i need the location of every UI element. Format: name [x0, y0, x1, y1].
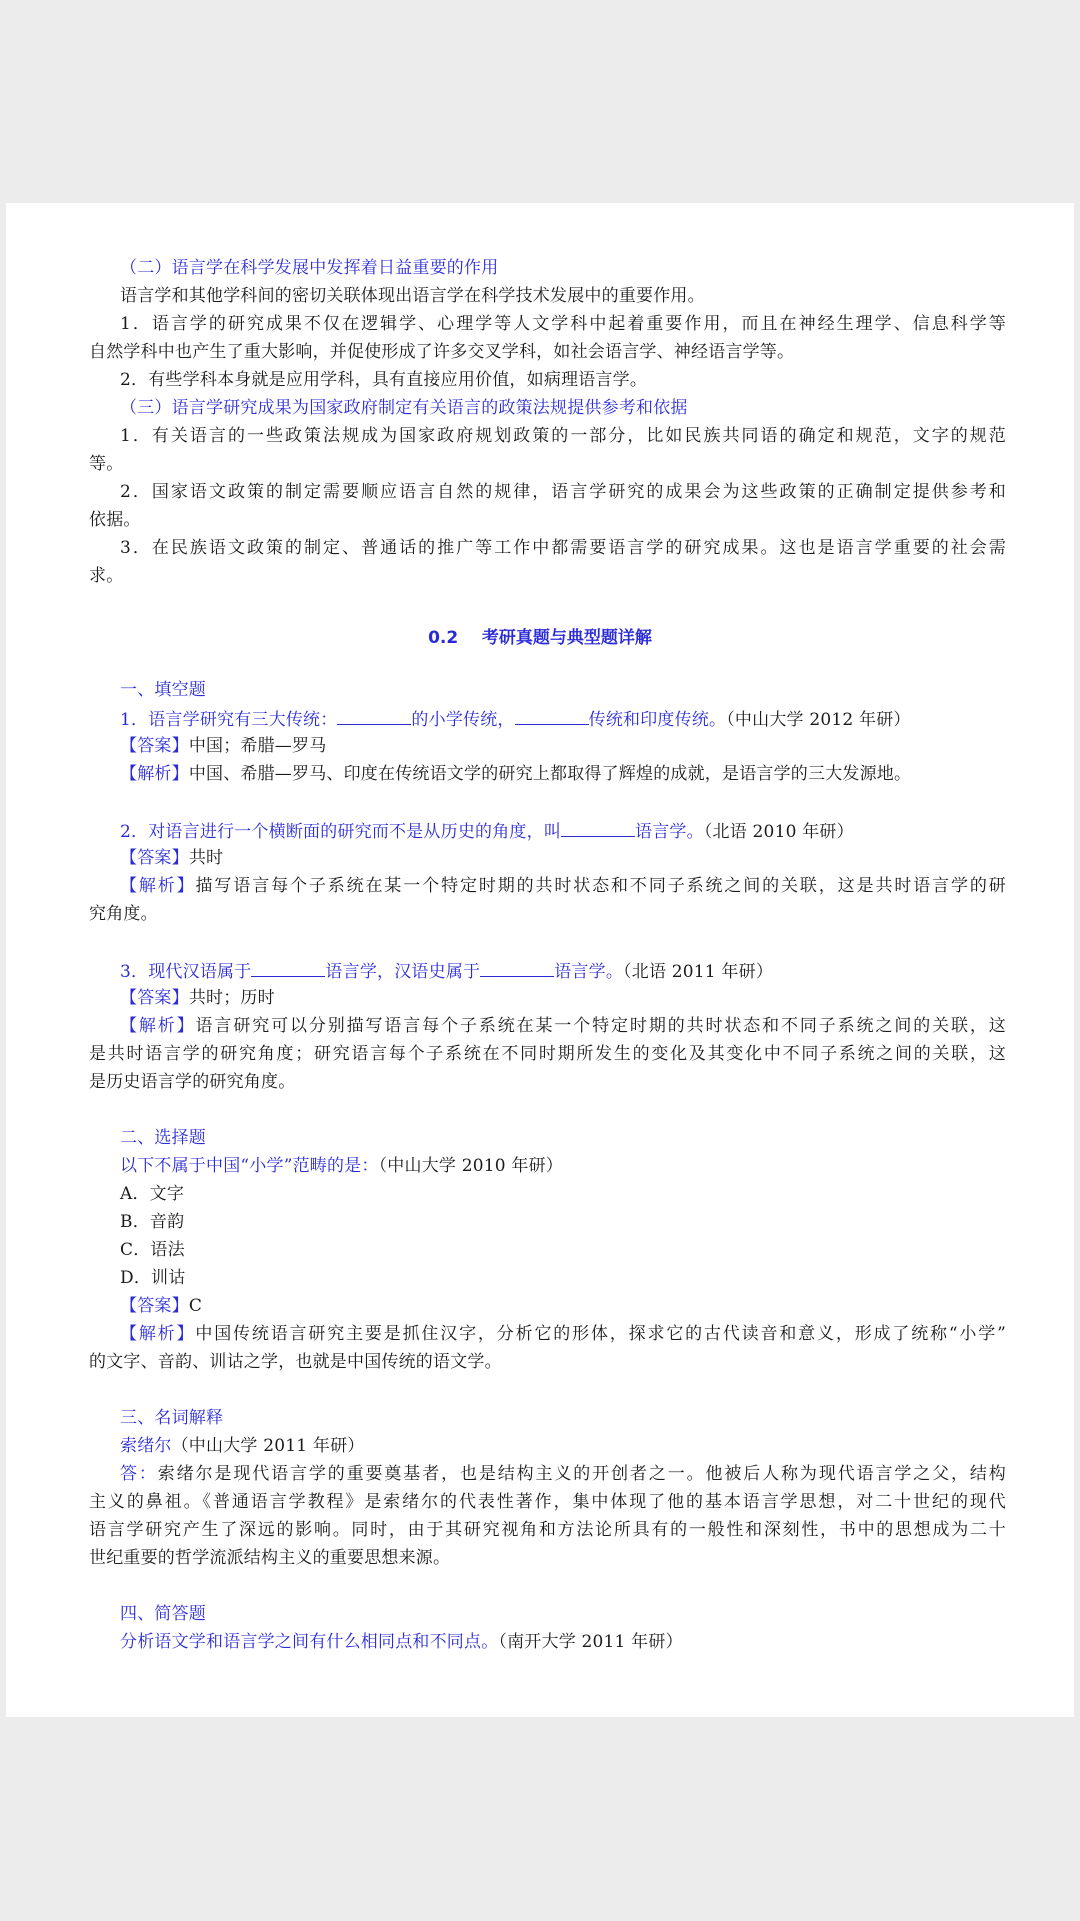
- choice-question-text: 以下不属于中国“小学”范畴的是：: [120, 1156, 379, 1176]
- part3-item3-line1: 3．在民族语文政策的制定、普通话的推广等工作中都需要语言学的研究成果。这也是语言…: [120, 537, 1006, 559]
- short-answer-question: 分析语文学和语言学之间有什么相同点和不同点。（南开大学 2011 年研）: [120, 1631, 1006, 1653]
- fill-blank-q3: 3．现代汉语属于语言学，汉语史属于语言学。（北语 2011 年研）: [120, 959, 1006, 983]
- term-heading: 三、名词解释: [120, 1407, 1006, 1429]
- q1-analysis: 【解析】中国、希腊—罗马、印度在传统语文学的研究上都取得了辉煌的成就，是语言学的…: [120, 763, 1006, 785]
- part3-item2-line1: 2．国家语文政策的制定需要顺应语言自然的规律，语言学研究的成果会为这些政策的正确…: [120, 481, 1006, 503]
- part2-item1-line1: 1．语言学的研究成果不仅在逻辑学、心理学等人文学科中起着重要作用，而且在神经生理…: [120, 313, 1006, 335]
- q3-text-c: 语言学。: [554, 962, 623, 982]
- q2-text-b: 语言学。: [635, 822, 704, 842]
- choice-option-a: A．文字: [120, 1183, 1006, 1205]
- analysis-label: 【解析】: [120, 1016, 196, 1036]
- q3-source: （北语 2011 年研）: [623, 962, 773, 982]
- q3-analysis-line3: 是历史语言学的研究角度。: [89, 1071, 1006, 1093]
- choice-analysis-line1: 【解析】中国传统语言研究主要是抓住汉字，分析它的形体，探求它的古代读音和意义，形…: [120, 1323, 1006, 1345]
- q3-text-a: 3．现代汉语属于: [120, 962, 251, 982]
- term-word: 索绪尔: [120, 1436, 172, 1456]
- term-source: （中山大学 2011 年研）: [172, 1436, 365, 1456]
- document-page: （二）语言学在科学发展中发挥着日益重要的作用 语言学和其他学科间的密切关联体现出…: [6, 203, 1074, 1717]
- q2-blank-1: [561, 819, 635, 837]
- q2-analysis-line2: 究角度。: [89, 903, 1006, 925]
- answer-label: 【答案】: [120, 736, 189, 756]
- q2-analysis-text: 描写语言每个子系统在某一个特定时期的共时状态和不同子系统之间的关联，这是共时语言…: [196, 876, 1006, 896]
- analysis-label: 【解析】: [120, 876, 196, 896]
- q3-answer-text: 共时；历时: [189, 988, 275, 1008]
- reply-label: 答：: [120, 1464, 158, 1484]
- q1-text-c: 传统和印度传统。: [589, 710, 727, 730]
- q1-answer-text: 中国；希腊—罗马: [189, 736, 327, 756]
- fill-blank-q2: 2．对语言进行一个横断面的研究而不是从历史的角度，叫语言学。（北语 2010 年…: [120, 819, 1006, 843]
- term-answer-text: 索绪尔是现代语言学的重要奠基者，也是结构主义的开创者之一。他被后人称为现代语言学…: [158, 1464, 1006, 1484]
- section-heading: 0.2 考研真题与典型题详解: [6, 623, 1074, 648]
- q3-blank-1: [251, 959, 325, 977]
- q3-analysis-line1: 【解析】语言研究可以分别描写语言每个子系统在某一个特定时期的共时状态和不同子系统…: [120, 1015, 1006, 1037]
- q2-text-a: 2．对语言进行一个横断面的研究而不是从历史的角度，叫: [120, 822, 561, 842]
- q3-text-b: 语言学，汉语史属于: [325, 962, 480, 982]
- q1-blank-1: [337, 707, 411, 725]
- part3-item1-line2: 等。: [89, 453, 1006, 475]
- analysis-label: 【解析】: [120, 764, 189, 784]
- q3-analysis-line2: 是共时语言学的研究角度；研究语言每个子系统在不同时期所发生的变化及其变化中不同子…: [89, 1043, 1006, 1065]
- section-number: 0.2: [428, 628, 458, 648]
- choice-analysis-text: 中国传统语言研究主要是抓住汉字，分析它的形体，探求它的古代读音和意义，形成了统称…: [195, 1324, 1006, 1344]
- fill-blank-heading: 一、填空题: [120, 679, 1006, 701]
- part2-item2: 2．有些学科本身就是应用学科，具有直接应用价值，如病理语言学。: [120, 369, 1006, 391]
- short-answer-heading: 四、简答题: [120, 1603, 1006, 1625]
- q2-analysis-line1: 【解析】描写语言每个子系统在某一个特定时期的共时状态和不同子系统之间的关联，这是…: [120, 875, 1006, 897]
- q3-analysis-text: 语言研究可以分别描写语言每个子系统在某一个特定时期的共时状态和不同子系统之间的关…: [196, 1016, 1006, 1036]
- q1-answer: 【答案】中国；希腊—罗马: [120, 735, 1006, 757]
- answer-label: 【答案】: [120, 988, 189, 1008]
- term-answer-line4: 世纪重要的哲学流派结构主义的重要思想来源。: [89, 1547, 1006, 1569]
- choice-answer-text: C: [189, 1296, 202, 1316]
- term-answer-line1: 答：索绪尔是现代语言学的重要奠基者，也是结构主义的开创者之一。他被后人称为现代语…: [120, 1463, 1006, 1485]
- part3-item2-line2: 依据。: [89, 509, 1006, 531]
- q2-answer-text: 共时: [189, 848, 223, 868]
- part3-item1-line1: 1．有关语言的一些政策法规成为国家政府规划政策的一部分，比如民族共同语的确定和规…: [120, 425, 1006, 447]
- answer-label: 【答案】: [120, 848, 189, 868]
- term-answer-line3: 语言学研究产生了深远的影响。同时，由于其研究视角和方法论所具有的一般性和深刻性，…: [89, 1519, 1006, 1541]
- q1-blank-2: [515, 707, 589, 725]
- choice-option-d: D．训诂: [120, 1267, 1006, 1289]
- choice-analysis-line2: 的文字、音韵、训诂之学，也就是中国传统的语文学。: [89, 1351, 1006, 1373]
- q3-blank-2: [480, 959, 554, 977]
- q1-text-a: 1．语言学研究有三大传统：: [120, 710, 337, 730]
- choice-source: （中山大学 2010 年研）: [379, 1156, 563, 1176]
- choice-option-b: B．音韵: [120, 1211, 1006, 1233]
- part3-heading: （三）语言学研究成果为国家政府制定有关语言的政策法规提供参考和依据: [120, 397, 1006, 419]
- answer-label: 【答案】: [120, 1296, 189, 1316]
- q1-source: （中山大学 2012 年研）: [726, 710, 910, 730]
- part2-heading: （二）语言学在科学发展中发挥着日益重要的作用: [120, 257, 1006, 279]
- short-answer-source: （南开大学 2011 年研）: [498, 1632, 682, 1652]
- fill-blank-q1: 1．语言学研究有三大传统：的小学传统，传统和印度传统。（中山大学 2012 年研…: [120, 707, 1006, 731]
- q2-source: （北语 2010 年研）: [704, 822, 854, 842]
- short-answer-question-text: 分析语文学和语言学之间有什么相同点和不同点。: [120, 1632, 498, 1652]
- q1-text-b: 的小学传统，: [411, 710, 514, 730]
- choice-option-c: C．语法: [120, 1239, 1006, 1261]
- q3-answer: 【答案】共时；历时: [120, 987, 1006, 1009]
- choice-answer: 【答案】C: [120, 1295, 1006, 1317]
- q1-analysis-text: 中国、希腊—罗马、印度在传统语文学的研究上都取得了辉煌的成就，是语言学的三大发源…: [189, 764, 911, 784]
- analysis-label: 【解析】: [120, 1324, 195, 1344]
- part2-intro: 语言学和其他学科间的密切关联体现出语言学在科学技术发展中的重要作用。: [120, 285, 1006, 307]
- choice-heading: 二、选择题: [120, 1127, 1006, 1149]
- term-question: 索绪尔（中山大学 2011 年研）: [120, 1435, 1006, 1457]
- term-answer-line2: 主义的鼻祖。《普通语言学教程》是索绪尔的代表性著作，集中体现了他的基本语言学思想…: [89, 1491, 1006, 1513]
- part2-item1-line2: 自然学科中也产生了重大影响，并促使形成了许多交叉学科，如社会语言学、神经语言学等…: [89, 341, 1006, 363]
- q2-answer: 【答案】共时: [120, 847, 1006, 869]
- choice-question: 以下不属于中国“小学”范畴的是：（中山大学 2010 年研）: [120, 1155, 1006, 1177]
- part3-item3-line2: 求。: [89, 565, 1006, 587]
- section-title: 考研真题与典型题详解: [482, 628, 652, 648]
